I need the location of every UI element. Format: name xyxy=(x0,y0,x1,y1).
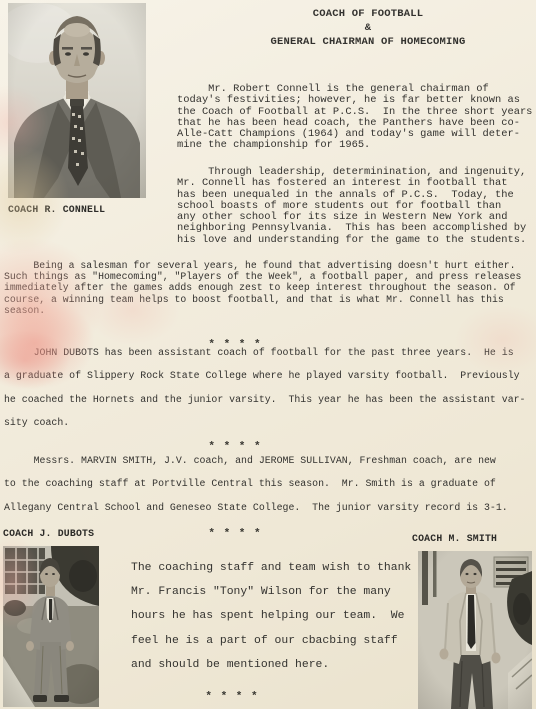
star-separator-3: * * * * xyxy=(200,528,270,540)
paragraph-thanks-wilson: The coaching staff and team wish to than… xyxy=(131,556,411,677)
paragraph-connell-salesman: Being a salesman for several years, he f… xyxy=(4,260,521,316)
photo-coach-connell xyxy=(8,3,146,198)
title-line-2: GENERAL CHAIRMAN OF HOMECOMING xyxy=(200,35,536,49)
title-line-1: COACH OF FOOTBALL xyxy=(200,7,536,21)
paragraph-john-dubots: JOHN DUBOTS has been assistant coach of … xyxy=(4,341,526,435)
coach-dubots-outdoor-image xyxy=(3,546,99,707)
photo-caption-smith: COACH M. SMITH xyxy=(412,533,497,544)
photo-caption-dubots: COACH J. DUBOTS xyxy=(3,528,94,539)
coach-smith-outdoor-image xyxy=(418,551,532,709)
page-title: COACH OF FOOTBALL & GENERAL CHAIRMAN OF … xyxy=(200,7,536,49)
photo-coach-dubots xyxy=(3,546,99,707)
star-separator-4: * * * * xyxy=(197,691,267,703)
photo-caption-connell: COACH R. CONNELL xyxy=(8,204,105,215)
paragraph-connell-intro: Mr. Robert Connell is the general chairm… xyxy=(177,84,532,152)
paragraph-smith-sullivan: Messrs. MARVIN SMITH, J.V. coach, and JE… xyxy=(4,449,508,519)
scanned-page: COACH R. CONNELL COACH OF FOOTBALL & GEN… xyxy=(0,0,536,709)
coach-connell-portrait-image xyxy=(8,3,146,198)
title-ampersand: & xyxy=(200,21,536,35)
photo-coach-smith xyxy=(418,551,532,709)
paragraph-connell-leadership: Through leadership, determinination, and… xyxy=(177,167,526,246)
